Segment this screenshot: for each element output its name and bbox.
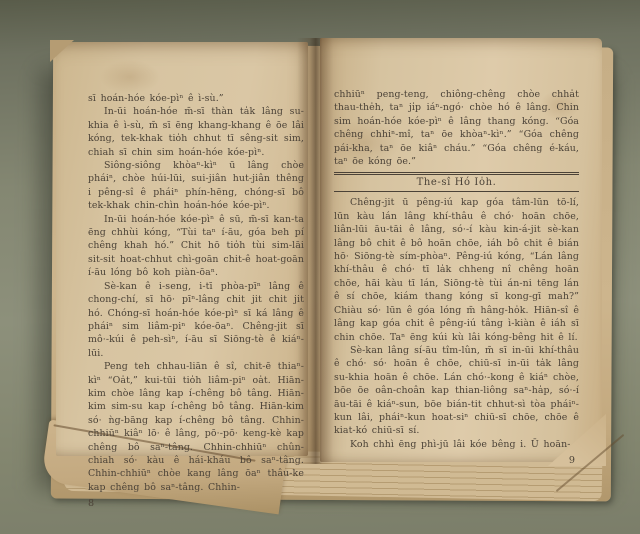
left-page-number: 8: [88, 498, 304, 509]
photo-background: sī hoán-hóe kóe-pìⁿ ê ì-sù.” In-ūi hoán-…: [0, 0, 640, 534]
paragraph: Sè-kan lâng sí-āu tîm-lûn, m̄ sī in-ūi k…: [334, 344, 579, 438]
paragraph-continuation: chhiūⁿ peng-teng, chiông-chêng chòe chha…: [334, 88, 579, 168]
right-page-number: 9: [334, 455, 579, 466]
left-page-text: sī hoán-hóe kóe-pìⁿ ê ì-sù.” In-ūi hoán-…: [88, 92, 304, 509]
paper-stain: [100, 60, 160, 94]
paragraph-continuation: sī hoán-hóe kóe-pìⁿ ê ì-sù.”: [88, 92, 304, 105]
section-heading: The-sî Hó Io̍h.: [334, 172, 579, 192]
paragraph: Siông-siông khòaⁿ-kìⁿ ū lâng chòe pháiⁿ,…: [88, 159, 304, 213]
paragraph: Chêng-jit ū pêng-iú kap góa tâm-lūn tō-l…: [334, 196, 579, 343]
right-page-text: chhiūⁿ peng-teng, chiông-chêng chòe chha…: [334, 88, 579, 466]
paragraph: In-ūi hoán-hóe m̄-sī thàn ta̍k lâng su-k…: [88, 105, 304, 159]
paragraph: Sè-kan ê i-seng, i-tī phòa-pīⁿ lâng ê ch…: [88, 280, 304, 360]
paragraph: In-ūi hoán-hóe kóe-pìⁿ ê sū, m̄-sī kan-t…: [88, 213, 304, 280]
paragraph: Koh chhì ēng phì-jū lâi kóe bêng i. Ū ho…: [334, 438, 579, 451]
paragraph: Peng teh chhau-liān ê sî, chit-ē thiaⁿ-k…: [88, 360, 304, 494]
